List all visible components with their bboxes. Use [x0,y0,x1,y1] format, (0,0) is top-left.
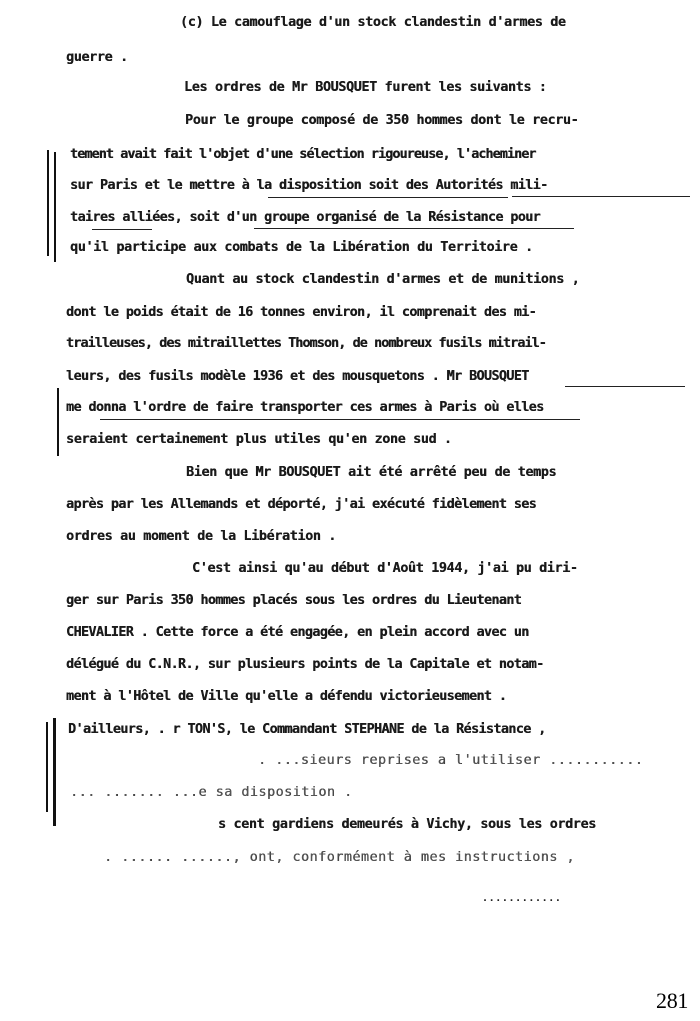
text-line: C'est ainsi qu'au début d'Août 1944, j'a… [192,561,578,577]
text-line: s cent gardiens demeurés à Vichy, sous l… [218,817,596,833]
margin-bracket-2 [57,388,59,456]
text-line: sur Paris et le mettre à la disposition … [70,178,548,194]
text-line: ment à l'Hôtel de Ville qu'elle a défend… [66,689,506,705]
margin-bracket-1b [54,152,56,262]
text-line: CHEVALIER . Cette force a été engagée, e… [66,625,529,641]
handwritten-underline [92,229,152,230]
text-line: qu'il participe aux combats de la Libéra… [70,240,533,256]
text-line-faded: . ...... ......, ont, conformément à mes… [104,850,575,866]
text-line: guerre . [66,50,128,66]
text-line: après par les Allemands et déporté, j'ai… [66,497,536,513]
handwritten-underline [254,228,574,229]
text-line: délégué du C.N.R., sur plusieurs points … [66,657,544,673]
handwritten-underline [512,196,690,197]
margin-bracket-1a [47,150,49,256]
handwritten-underline [268,197,508,198]
text-line: tement avait fait l'objet d'une sélectio… [70,147,536,163]
text-line: Les ordres de Mr BOUSQUET furent les sui… [184,80,546,96]
text-line: dont le poids était de 16 tonnes environ… [66,305,536,321]
page-number: 281 [656,988,688,1014]
text-line: Pour le groupe composé de 350 hommes don… [185,113,578,129]
text-line: ger sur Paris 350 hommes placés sous les… [66,593,521,609]
text-line: Bien que Mr BOUSQUET ait été arrêté peu … [186,465,556,481]
text-line: me donna l'ordre de faire transporter ce… [66,400,544,416]
handwritten-underline [100,419,580,420]
text-line-faded: ... ....... ...e sa disposition . [70,785,353,801]
text-line: trailleuses, des mitraillettes Thomson, … [66,336,546,352]
text-line-faded: . ...sieurs reprises a l'utiliser ......… [258,753,643,769]
text-line: taires alliées, soit d'un groupe organis… [70,210,540,226]
margin-bracket-3b [53,718,56,826]
text-line: Quant au stock clandestin d'armes et de … [186,272,579,288]
text-line: (c) Le camouflage d'un stock clandestin … [180,15,566,31]
scanned-document-page: (c) Le camouflage d'un stock clandestin … [0,0,700,1021]
text-line: ordres au moment de la Libération . [66,529,336,545]
margin-bracket-3a [46,722,48,812]
handwritten-underline [565,386,685,387]
separator-dots: ............ [482,893,561,904]
text-line: seraient certainement plus utiles qu'en … [66,432,452,448]
text-line: leurs, des fusils modèle 1936 et des mou… [66,369,529,385]
text-line: D'ailleurs, . r TON'S, le Commandant STE… [68,722,546,738]
